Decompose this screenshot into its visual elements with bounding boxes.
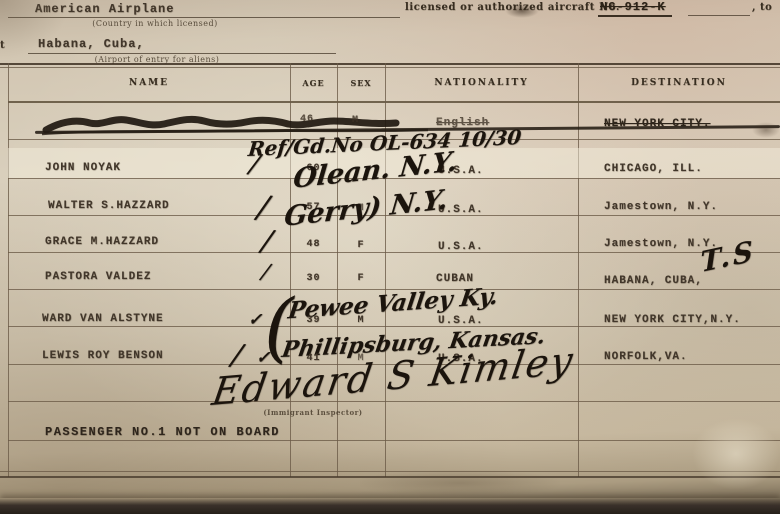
passenger-name: WARD VAN ALSTYNE: [42, 313, 164, 325]
passenger-nationality: U.S.A.: [438, 241, 484, 253]
column-header-sex: SEX: [337, 78, 385, 88]
passenger-sex: F: [337, 273, 385, 284]
after-number-fragment: , to: [752, 2, 772, 13]
bottom-double-line-1: [0, 471, 780, 472]
column-header-name: NAME: [8, 78, 290, 88]
check-mark: ✓: [248, 310, 262, 330]
table-top-line-2: [0, 67, 780, 68]
bottom-double-line-2: [0, 476, 780, 478]
table-top-line-1: [0, 63, 780, 65]
passenger-name: GRACE M.HAZZARD: [45, 236, 159, 248]
row-line-6: [8, 326, 780, 327]
column-header-age: AGE: [290, 78, 337, 88]
bottom-band: [0, 498, 780, 514]
footer-note: PASSENGER NO.1 NOT ON BOARD: [45, 425, 280, 439]
passenger-name: JOHN NOYAK: [45, 162, 121, 174]
bottom-smudge: [360, 470, 560, 496]
port-underline: [28, 53, 336, 54]
inspector-caption: (Immigrant Inspector): [238, 408, 388, 417]
aircraft-number: NC-912-K: [598, 0, 672, 17]
manifest-document: American Airplane (Country in which lice…: [0, 0, 780, 514]
header-bottom-line: [8, 101, 780, 103]
passenger-destination: Jamestown, N.Y.: [604, 201, 718, 213]
passenger-sex: F: [337, 240, 385, 251]
licensed-text: licensed or authorized aircraft No.: [405, 2, 620, 13]
check-mark: ∕: [255, 187, 271, 226]
passenger-sex: M: [352, 115, 359, 126]
port-name: Habana, Cuba,: [38, 37, 145, 51]
passenger-destination: NORFOLK,VA.: [604, 351, 688, 363]
row-line-8: [8, 401, 780, 402]
passenger-nationality: U.S.A.: [438, 315, 484, 327]
corner-light-patch: [692, 418, 780, 490]
passenger-age: 39: [290, 315, 337, 326]
passenger-age: 30: [290, 273, 337, 284]
check-mark: ∕: [260, 223, 275, 259]
column-header-destination: DESTINATION: [578, 78, 780, 88]
passenger-age: 48: [290, 239, 337, 250]
passenger-destination: CHICAGO, ILL.: [604, 163, 703, 175]
carrier-name: American Airplane: [35, 2, 174, 16]
carrier-underline: [8, 17, 400, 18]
vline-left-border: [8, 63, 9, 477]
passenger-name: WALTER S.HAZZARD: [48, 200, 170, 212]
column-header-nationality: NATIONALITY: [385, 78, 578, 88]
vline-nationality-destination: [578, 63, 579, 477]
passenger-destination: NEW YORK CITY,N.Y.: [604, 314, 741, 326]
aircraft-number-underline: [688, 15, 750, 16]
passenger-nationality: CUBAN: [436, 273, 474, 285]
passenger-age: 46: [300, 114, 314, 125]
passenger-name: LEWIS ROY BENSON: [42, 350, 164, 362]
passenger-sex: M: [337, 315, 385, 326]
port-label-fragment: t: [0, 40, 7, 51]
passenger-destination: HABANA, CUBA,: [604, 275, 703, 287]
row-line-9: [8, 440, 780, 441]
row-line-4: [8, 252, 780, 253]
passenger-name: PASTORA VALDEZ: [45, 271, 151, 283]
country-caption: (Country in which licensed): [55, 19, 255, 28]
